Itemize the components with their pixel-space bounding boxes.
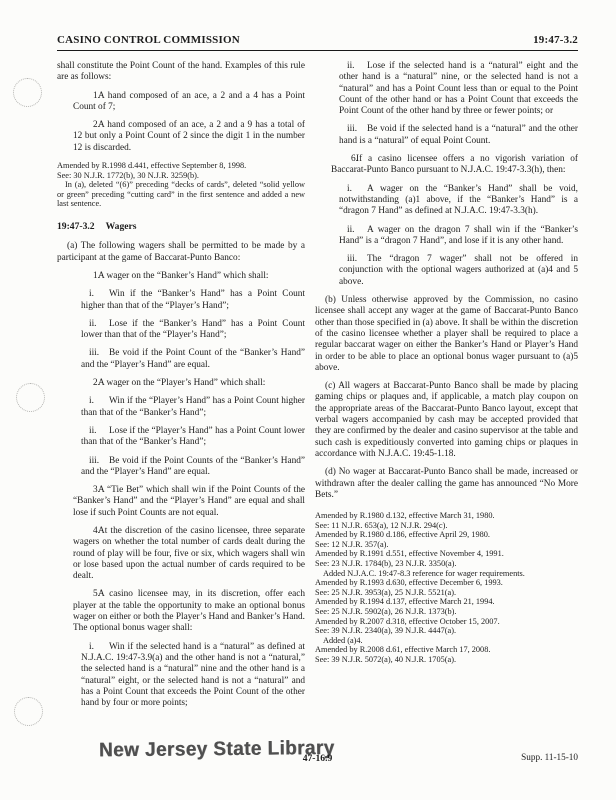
history-note: Amended by R.1980 d.186, effective April…: [315, 530, 578, 540]
item-number: 5.: [83, 589, 98, 600]
list-item: ii.A wager on the dragon 7 shall win if …: [339, 225, 578, 248]
item-text: Win if the “Banker’s Hand” has a Point C…: [81, 289, 305, 310]
item-text: A hand composed of an ace, a 2 and a 9 h…: [73, 120, 305, 153]
item-number: 6.: [341, 154, 356, 165]
history-note: See: 25 N.J.R. 5902(a), 26 N.J.R. 1373(b…: [315, 607, 578, 617]
history-note: Amended by R.1991 d.551, effective Novem…: [315, 549, 578, 559]
history-note: See: 11 N.J.R. 653(a), 12 N.J.R. 294(c).: [315, 521, 578, 531]
history-note: Amended by R.1993 d.630, effective Decem…: [315, 578, 578, 588]
history-note: Amended by R.2007 d.318, effective Octob…: [315, 617, 578, 627]
item-number: i.: [85, 642, 109, 653]
item-text: A wager on the dragon 7 shall win if the…: [339, 225, 578, 246]
paragraph-c: (c) All wagers at Baccarat-Punto Banco s…: [315, 381, 578, 460]
history-note: In (a), deleted “(6)” preceding “decks o…: [57, 180, 305, 209]
history-note: Added (a)4.: [315, 636, 578, 646]
item-text: Win if the selected hand is a “natural” …: [81, 642, 305, 708]
paragraph-d: (d) No wager at Baccarat-Punto Banco sha…: [315, 467, 578, 501]
history-note: Added N.J.A.C. 19:47-8.3 reference for w…: [315, 569, 578, 579]
example-item-2: 2.A hand composed of an ace, a 2 and a 9…: [73, 120, 305, 154]
item-number: ii.: [85, 426, 109, 437]
right-column: ii.Lose if the selected hand is a “natur…: [315, 61, 578, 716]
list-item: ii.Lose if the “Player’s Hand” has a Poi…: [81, 426, 305, 449]
item-text: Win if the “Player’s Hand” has a Point C…: [81, 396, 305, 417]
list-item: i.Win if the selected hand is a “natural…: [81, 642, 305, 710]
supplement-date: Supp. 11-15-10: [521, 752, 578, 762]
history-note: Amended by R.1980 d.132, effective March…: [315, 511, 578, 521]
section-title: Wagers: [106, 221, 137, 232]
paragraph-b: (b) Unless otherwise approved by the Com…: [315, 295, 578, 374]
list-item: 2.A wager on the “Player’s Hand” which s…: [73, 378, 305, 389]
list-item: iii.Be void if the Point Count of the “B…: [81, 348, 305, 371]
history-note: Amended by R.1998 d.441, effective Septe…: [57, 161, 305, 171]
history-note: See: 12 N.J.R. 357(a).: [315, 540, 578, 550]
item-text: Be void if the Point Count of the “Banke…: [81, 348, 305, 369]
history-note: See: 25 N.J.R. 3953(a), 25 N.J.R. 5521(a…: [315, 588, 578, 598]
list-item: iii.The “dragon 7 wager” shall not be of…: [339, 254, 578, 288]
history-note: See: 39 N.J.R. 2340(a), 39 N.J.R. 4447(a…: [315, 626, 578, 636]
item-number: i.: [85, 289, 109, 300]
item-number: ii.: [343, 225, 367, 236]
item-text: The “dragon 7 wager” shall not be offere…: [339, 254, 578, 287]
list-item: i.Win if the “Player’s Hand” has a Point…: [81, 396, 305, 419]
item-number: ii.: [343, 61, 367, 72]
list-item: i.Win if the “Banker’s Hand” has a Point…: [81, 289, 305, 312]
history-note: Amended by R.2008 d.61, effective March …: [315, 645, 578, 655]
item-text: A wager on the “Banker’s Hand” which sha…: [98, 271, 268, 281]
page-header: CASINO CONTROL COMMISSION 19:47-3.2: [57, 34, 578, 51]
list-item: iii.Be void if the Point Counts of the “…: [81, 456, 305, 479]
hole-punch-middle: [16, 383, 45, 412]
item-number: iii.: [85, 456, 109, 467]
list-item: 1.A wager on the “Banker’s Hand” which s…: [73, 271, 305, 282]
item-number: iii.: [343, 254, 367, 265]
left-column: shall constitute the Point Count of the …: [57, 61, 305, 716]
item-text: If a casino licensee offers a no vigoris…: [331, 154, 578, 175]
item-text: A wager on the “Banker’s Hand” shall be …: [339, 184, 578, 217]
item-text: Be void if the selected hand is a “natur…: [339, 124, 578, 145]
list-item: 5.A casino licensee may, in its discreti…: [73, 589, 305, 634]
document-page: CASINO CONTROL COMMISSION 19:47-3.2 shal…: [0, 0, 616, 800]
header-agency-title: CASINO CONTROL COMMISSION: [57, 34, 240, 46]
section-heading: 19:47-3.2Wagers: [57, 221, 305, 232]
history-note: Amended by R.1994 d.137, effective March…: [315, 597, 578, 607]
header-section-ref: 19:47-3.2: [533, 34, 578, 46]
amendment-history-right: Amended by R.1980 d.132, effective March…: [315, 511, 578, 665]
item-number: 1.: [83, 91, 98, 102]
item-number: i.: [85, 396, 109, 407]
item-number: ii.: [85, 319, 109, 330]
list-item: ii.Lose if the “Banker’s Hand” has a Poi…: [81, 319, 305, 342]
list-item: ii.Lose if the selected hand is a “natur…: [339, 61, 578, 117]
item-text: A wager on the “Player’s Hand” which sha…: [98, 378, 265, 388]
item-number: 4.: [83, 526, 98, 537]
list-item: iii.Be void if the selected hand is a “n…: [339, 124, 578, 147]
page-body: shall constitute the Point Count of the …: [57, 61, 578, 716]
list-item: i.A wager on the “Banker’s Hand” shall b…: [339, 184, 578, 218]
item-number: iii.: [85, 348, 109, 359]
page-number: 47-16.9: [57, 753, 578, 764]
item-number: 2.: [83, 120, 98, 131]
item-text: At the discretion of the casino licensee…: [73, 526, 305, 581]
item-text: Be void if the Point Counts of the “Bank…: [81, 456, 305, 477]
item-number: 1.: [83, 271, 98, 282]
item-text: A hand composed of an ace, a 2 and a 4 h…: [73, 91, 305, 112]
item-number: 3.: [83, 485, 98, 496]
paragraph-a: (a) The following wagers shall be permit…: [57, 241, 305, 264]
hole-punch-bottom: [14, 697, 43, 726]
history-note: See: 39 N.J.R. 5072(a), 40 N.J.R. 1705(a…: [315, 655, 578, 665]
item-text: Lose if the selected hand is a “natural”…: [339, 61, 578, 116]
example-item-1: 1.A hand composed of an ace, a 2 and a 4…: [73, 91, 305, 114]
history-note: See: 30 N.J.R. 1772(b), 30 N.J.R. 3259(b…: [57, 171, 305, 181]
paragraph-continuation: shall constitute the Point Count of the …: [57, 61, 305, 84]
item-text: Lose if the “Player’s Hand” has a Point …: [81, 426, 305, 447]
history-note: See: 23 N.J.R. 1784(b), 23 N.J.R. 3350(a…: [315, 559, 578, 569]
amendment-history-left: Amended by R.1998 d.441, effective Septe…: [57, 161, 305, 209]
item-text: A “Tie Bet” which shall win if the Point…: [73, 485, 305, 518]
item-text: Lose if the “Banker’s Hand” has a Point …: [81, 319, 305, 340]
item-number: 2.: [83, 378, 98, 389]
hole-punch-top: [13, 78, 42, 107]
item-number: i.: [343, 184, 367, 195]
list-item: 6.If a casino licensee offers a no vigor…: [331, 154, 578, 177]
section-number: 19:47-3.2: [57, 221, 95, 232]
item-number: iii.: [343, 124, 367, 135]
list-item: 4.At the discretion of the casino licens…: [73, 526, 305, 582]
item-text: A casino licensee may, in its discretion…: [73, 589, 305, 633]
list-item: 3.A “Tie Bet” which shall win if the Poi…: [73, 485, 305, 519]
